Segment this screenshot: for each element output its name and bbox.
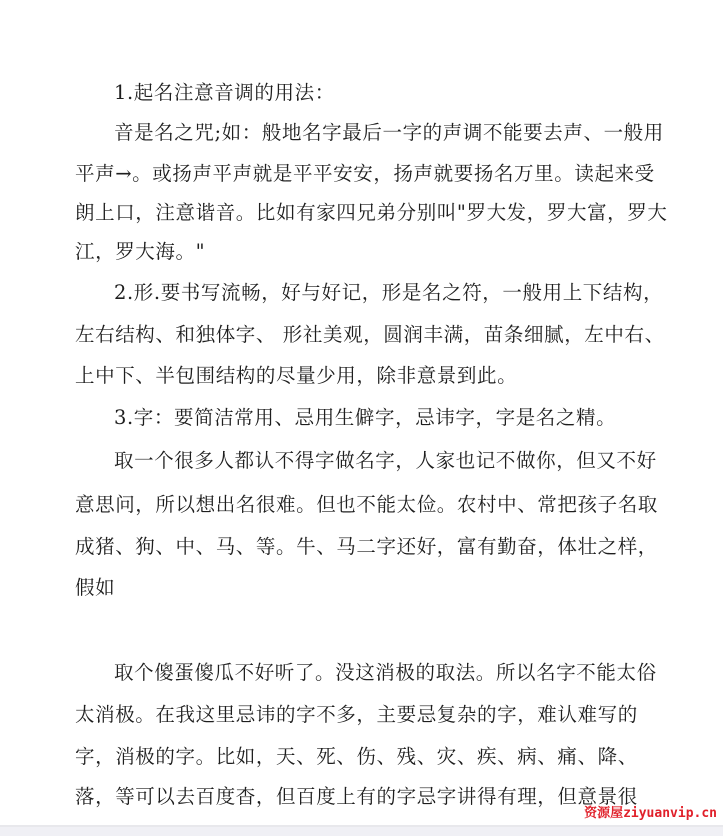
heading-1: 1.起名注意音调的用法： [114,81,674,105]
paragraph-line: 平声→。或扬声平声就是平平安安，扬声就要扬名万里。读起来受 [75,162,635,186]
paragraph-line: 朗上口，注意谐音。比如有家四兄弟分别叫"罗大发，罗大富，罗大 [75,201,635,225]
paragraph-line: 意思问，所以想出名很难。但也不能太俭。农村中、常把孩子名取 [75,493,635,517]
paragraph-line: 左右结构、和独体字、 形社美观，圆润丰满，苗条细腻，左中右、 [75,323,635,347]
document-page: 1.起名注意音调的用法： 音是名之咒;如：般地名字最后一字的声调不能要去声、一般… [0,0,723,820]
page-bottom-edge [0,825,723,836]
watermark: 资源屋ziyuanvip.cn [584,806,717,822]
paragraph-line: 假如 [75,576,635,600]
paragraph-line: 落，等可以去百度杳，但百度上有的字忌字讲得有理，但意景很 [75,785,635,809]
paragraph-line: 江，罗大海。" [75,240,635,264]
paragraph-line: 成猪、狗、中、马、等。牛、马二字还好，富有勤奋，体壮之样， [75,535,635,559]
heading-3: 3.字：要简洁常用、忌用生僻字，忌讳字，字是名之精。 [114,406,674,430]
paragraph-line: 字，消极的字。比如，天、死、伤、残、灾、疾、病、痛、降、 [75,745,635,769]
paragraph-line: 上中下、半包围结构的尽量少用，除非意景到此。 [75,364,635,388]
paragraph-line: 音是名之咒;如：般地名字最后一字的声调不能要去声、一般用 [114,121,674,145]
paragraph-line: 取个傻蛋傻瓜不好听了。没这消极的取法。所以名字不能太俗 [114,661,674,685]
paragraph-line: 取一个很多人都认不得字做名字，人家也记不做你，但又不好 [114,449,674,473]
paragraph-line: 太消极。在我这里忌讳的字不多，主要忌复杂的字，难认难写的 [75,703,635,727]
heading-2: 2.形.要书写流畅，好与好记，形是名之符，一般用上下结构， [114,281,674,305]
